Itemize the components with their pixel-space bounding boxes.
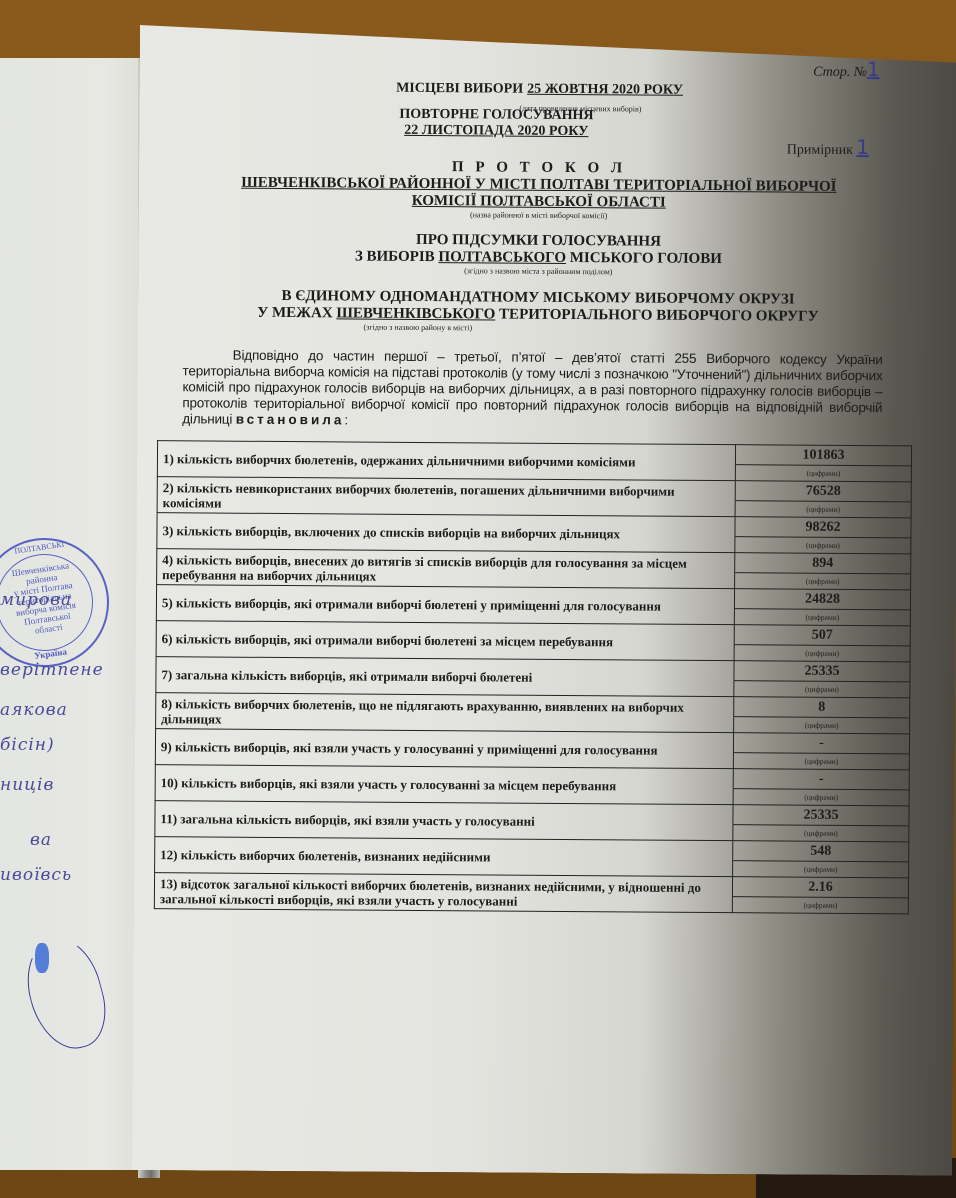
page-number: Стор. №1 xyxy=(813,57,880,81)
row-label: 6) кількість виборців, які отримали вибо… xyxy=(156,621,734,661)
table-row: 6) кількість виборців, які отримали вибо… xyxy=(156,621,910,662)
table-row: 1) кількість виборчих бюлетенів, одержан… xyxy=(157,441,911,482)
row-value-cell: 8(цифрами) xyxy=(734,697,910,734)
row-value-hint: (цифрами) xyxy=(733,897,908,913)
row-value-cell: 25335(цифрами) xyxy=(733,805,909,842)
intro-paragraph: Відповідно до частин першої – третьої, п… xyxy=(182,347,883,432)
row-value-hint: (цифрами) xyxy=(736,501,911,517)
row-label: 5) кількість виборців, які отримали вибо… xyxy=(156,585,734,625)
row-value: 24828 xyxy=(735,590,910,610)
row-value: 101863 xyxy=(736,446,911,466)
table-row: 7) загальна кількість виборців, які отри… xyxy=(156,657,910,698)
row-label: 7) загальна кількість виборців, які отри… xyxy=(156,657,734,697)
table-row: 10) кількість виборців, які взяли участь… xyxy=(155,765,909,806)
row-value-cell: -(цифрами) xyxy=(733,733,909,770)
row-value-cell: 101863(цифрами) xyxy=(735,445,911,482)
row-value: 548 xyxy=(733,842,908,862)
row-value-cell: 894(цифрами) xyxy=(735,553,911,590)
row-value-hint: (цифрами) xyxy=(734,681,909,697)
row-value: 25335 xyxy=(734,662,909,682)
row-value: 25335 xyxy=(733,806,908,826)
row-value-hint: (цифрами) xyxy=(734,717,909,733)
row-value-cell: 548(цифрами) xyxy=(733,841,909,878)
row-value-hint: (цифрами) xyxy=(734,789,909,805)
row-value: - xyxy=(734,770,909,790)
row-label: 2) кількість невикористаних виборчих бюл… xyxy=(157,477,735,517)
row-value: 76528 xyxy=(736,482,911,502)
protocol-page: Стор. №1 МІСЦЕВІ ВИБОРИ 25 ЖОВТНЯ 2020 Р… xyxy=(132,25,956,1176)
table-row: 13) відсоток загальної кількості виборчи… xyxy=(154,873,908,914)
district-title: В ЄДИНОМУ ОДНОМАНДАТНОМУ МІСЬКОМУ ВИБОРЧ… xyxy=(158,287,918,335)
row-value: 2.16 xyxy=(733,878,908,898)
handwritten-note: ва xyxy=(30,830,52,850)
copy-number-handwritten: 1 xyxy=(856,135,869,159)
handwritten-note: ивоївсь xyxy=(0,865,72,885)
table-row: 11) загальна кількість виборців, які взя… xyxy=(155,801,909,842)
table-row: 4) кількість виборців, внесених до витяг… xyxy=(157,549,911,590)
row-value: - xyxy=(734,734,909,754)
ink-blot xyxy=(35,943,49,973)
row-value-cell: -(цифрами) xyxy=(733,769,909,806)
district-name: ШЕВЧЕНКІВСЬКОГО xyxy=(336,305,495,322)
row-label: 4) кількість виборців, внесених до витяг… xyxy=(157,549,735,589)
row-value-hint: (цифрами) xyxy=(735,537,910,553)
row-label: 11) загальна кількість виборців, які взя… xyxy=(155,801,733,841)
row-label: 3) кількість виборців, включених до спис… xyxy=(157,513,735,553)
protocol-title: П Р О Т О К О Л ШЕВЧЕНКІВСЬКОЇ РАЙОННОЇ … xyxy=(159,157,919,222)
row-value-cell: 98262(цифрами) xyxy=(735,517,911,554)
revote-header: ПОВТОРНЕ ГОЛОСУВАННЯ 22 ЛИСТОПАДА 2020 Р… xyxy=(399,107,593,140)
table-row: 8) кількість виборчих бюлетенів, що не п… xyxy=(156,693,910,734)
intro-emphasis: встановила xyxy=(236,412,345,428)
signature-icon xyxy=(17,931,116,1058)
handwritten-note: аякова xyxy=(0,700,68,720)
row-value-hint: (цифрами) xyxy=(735,645,910,661)
table-row: 2) кількість невикористаних виборчих бюл… xyxy=(157,477,911,518)
page-number-handwritten: 1 xyxy=(867,57,880,81)
results-table: 1) кількість виборчих бюлетенів, одержан… xyxy=(154,440,912,914)
table-row: 12) кількість виборчих бюлетенів, визнан… xyxy=(155,837,909,878)
handwritten-note: ниців xyxy=(0,775,54,795)
row-value-cell: 2.16(цифрами) xyxy=(732,877,908,914)
back-page: ПОЛТАВСЬКІ Шевченківськарайоннау місті П… xyxy=(0,58,150,1170)
row-value-cell: 507(цифрами) xyxy=(734,625,910,662)
handwritten-note: мирова xyxy=(0,590,72,610)
row-label: 9) кількість виборців, які взяли участь … xyxy=(155,729,733,769)
row-value-cell: 24828(цифрами) xyxy=(734,589,910,626)
row-label: 10) кількість виборців, які взяли участь… xyxy=(155,765,733,805)
row-value-hint: (цифрами) xyxy=(735,609,910,625)
row-label: 12) кількість виборчих бюлетенів, визнан… xyxy=(155,837,733,877)
row-value: 8 xyxy=(734,698,909,718)
row-value-hint: (цифрами) xyxy=(735,573,910,589)
handwritten-note: бісін) xyxy=(0,735,55,755)
row-value: 98262 xyxy=(735,518,910,538)
table-row: 9) кількість виборців, які взяли участь … xyxy=(155,729,909,770)
row-label: 13) відсоток загальної кількості виборчи… xyxy=(154,873,732,913)
row-value: 894 xyxy=(735,554,910,574)
row-label: 8) кількість виборчих бюлетенів, що не п… xyxy=(156,693,734,733)
row-value-hint: (цифрами) xyxy=(736,465,911,481)
protocol-subject: ПРО ПІДСУМКИ ГОЛОСУВАННЯ З ВИБОРІВ ПОЛТА… xyxy=(158,230,918,278)
row-value: 507 xyxy=(735,626,910,646)
copy-number: Примірник 1 xyxy=(787,135,870,160)
row-value-hint: (цифрами) xyxy=(733,861,908,877)
revote-date: 22 ЛИСТОПАДА 2020 РОКУ xyxy=(399,123,593,140)
row-value-cell: 25335(цифрами) xyxy=(734,661,910,698)
elections-date: 25 ЖОВТНЯ 2020 РОКУ xyxy=(527,82,683,98)
row-value-hint: (цифрами) xyxy=(734,753,909,769)
city-name: ПОЛТАВСЬКОГО xyxy=(438,249,566,266)
row-value-cell: 76528(цифрами) xyxy=(735,481,911,518)
table-row: 5) кількість виборців, які отримали вибо… xyxy=(156,585,910,626)
table-row: 3) кількість виборців, включених до спис… xyxy=(157,513,911,554)
row-label: 1) кількість виборчих бюлетенів, одержан… xyxy=(157,441,735,481)
handwritten-note: верітпене xyxy=(0,660,104,680)
row-value-hint: (цифрами) xyxy=(733,825,908,841)
